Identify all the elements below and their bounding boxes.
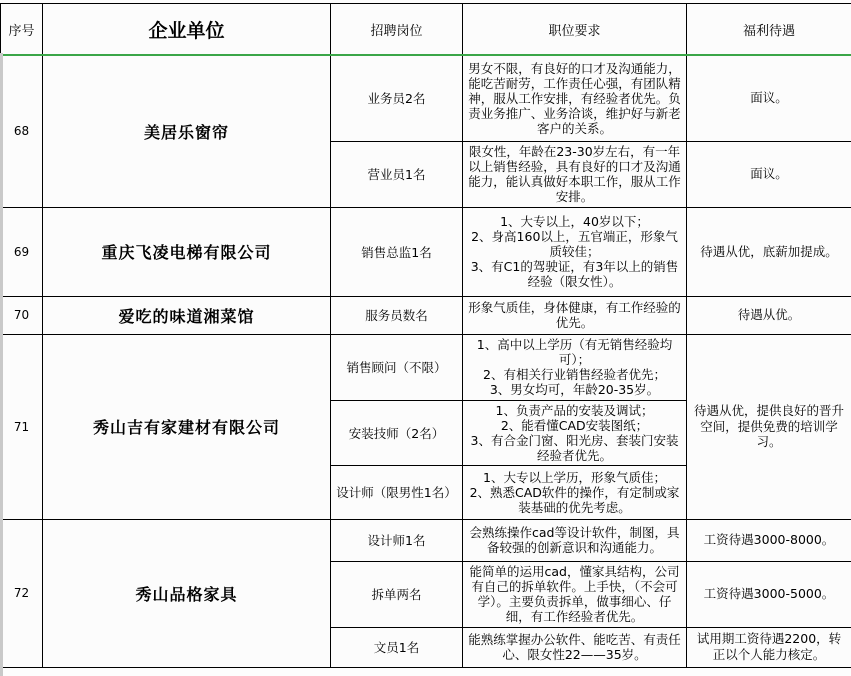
position-cell: 拆单两名 xyxy=(331,561,463,627)
header-row: 序号 企业单位 招聘岗位 职位要求 福利待遇 xyxy=(1,4,851,56)
position-cell: 销售总监1名 xyxy=(331,207,463,296)
requirement-cell: 会熟练操作cad等设计软件，制图，具备较强的创新意识和沟通能力。 xyxy=(463,519,687,561)
requirement-cell: 形象气质佳，身体健康，有工作经验的优先。 xyxy=(463,296,687,334)
company-name-cell: 美居乐窗帘 xyxy=(43,55,331,207)
welfare-cell: 待遇从优，提供良好的晋升空间，提供免费的培训学习。 xyxy=(687,334,851,519)
requirement-cell: 限女性，年龄在23-30岁左右，有一年以上销售经验，具有良好的口才及沟通能力，能… xyxy=(463,141,687,207)
company-name-cell: 重庆飞凌电梯有限公司 xyxy=(43,207,331,296)
company-name-cell: 秀山品格家具 xyxy=(43,519,331,667)
welfare-cell: 工资待遇3000-8000。 xyxy=(687,519,851,561)
header-position: 招聘岗位 xyxy=(331,4,463,56)
welfare-cell: 待遇从优，底薪加提成。 xyxy=(687,207,851,296)
serial-cell: 71 xyxy=(1,334,43,519)
job-table: 序号 企业单位 招聘岗位 职位要求 福利待遇 68 美居乐窗帘 业务员2名 男女… xyxy=(0,3,851,668)
header-company: 企业单位 xyxy=(43,4,331,56)
requirement-cell: 1、大专以上，40岁以下； 2、身高160以上，五官端正，形象气质较佳； 3、有… xyxy=(463,207,687,296)
welfare-cell: 试用期工资待遇2200，转正以个人能力核定。 xyxy=(687,627,851,667)
table-row: 72 秀山品格家具 设计师1名 会熟练操作cad等设计软件，制图，具备较强的创新… xyxy=(1,519,851,561)
serial-cell: 72 xyxy=(1,519,43,667)
header-welfare: 福利待遇 xyxy=(687,4,851,56)
table-row: 69 重庆飞凌电梯有限公司 销售总监1名 1、大专以上，40岁以下； 2、身高1… xyxy=(1,207,851,296)
requirement-cell: 男女不限，有良好的口才及沟通能力，能吃苦耐劳，工作责任心强，有团队精神，服从工作… xyxy=(463,55,687,141)
company-name-cell: 秀山吉有家建材有限公司 xyxy=(43,334,331,519)
table-row: 70 爱吃的味道湘菜馆 服务员数名 形象气质佳，身体健康，有工作经验的优先。 待… xyxy=(1,296,851,334)
welfare-cell: 待遇从优。 xyxy=(687,296,851,334)
job-listing-sheet: 序号 企业单位 招聘岗位 职位要求 福利待遇 68 美居乐窗帘 业务员2名 男女… xyxy=(0,0,851,676)
position-cell: 文员1名 xyxy=(331,627,463,667)
requirement-cell: 能简单的运用cad，懂家具结构，公司有自己的拆单软件。上手快，（不会可学）。主要… xyxy=(463,561,687,627)
requirement-cell: 1、高中以上学历（有无销售经验均可）； 2、有相关行业销售经验者优先； 3、男女… xyxy=(463,334,687,400)
table-header: 序号 企业单位 招聘岗位 职位要求 福利待遇 xyxy=(1,4,851,56)
requirement-cell: 1、大专以上学历，形象气质佳； 2、熟悉CAD软件的操作，有定制或家装基础的优先… xyxy=(463,465,687,519)
position-cell: 销售顾问（不限） xyxy=(331,334,463,400)
serial-cell: 70 xyxy=(1,296,43,334)
position-cell: 业务员2名 xyxy=(331,55,463,141)
table-row: 71 秀山吉有家建材有限公司 销售顾问（不限） 1、高中以上学历（有无销售经验均… xyxy=(1,334,851,400)
sheet-cut-edge xyxy=(0,53,3,676)
position-cell: 设计师（限男性1名） xyxy=(331,465,463,519)
company-name-cell: 爱吃的味道湘菜馆 xyxy=(43,296,331,334)
welfare-cell: 面议。 xyxy=(687,141,851,207)
position-cell: 营业员1名 xyxy=(331,141,463,207)
header-serial: 序号 xyxy=(1,4,43,56)
serial-cell: 69 xyxy=(1,207,43,296)
serial-cell: 68 xyxy=(1,55,43,207)
requirement-cell: 1、负责产品的安装及调试； 2、能看懂CAD安装图纸； 3、有合金门窗、阳光房、… xyxy=(463,400,687,465)
position-cell: 安装技师（2名） xyxy=(331,400,463,465)
header-requirement: 职位要求 xyxy=(463,4,687,56)
welfare-cell: 面议。 xyxy=(687,55,851,141)
position-cell: 设计师1名 xyxy=(331,519,463,561)
welfare-cell: 工资待遇3000-5000。 xyxy=(687,561,851,627)
position-cell: 服务员数名 xyxy=(331,296,463,334)
table-row: 68 美居乐窗帘 业务员2名 男女不限，有良好的口才及沟通能力，能吃苦耐劳，工作… xyxy=(1,55,851,141)
requirement-cell: 能熟练掌握办公软件、能吃苦、有责任心、限女性22——35岁。 xyxy=(463,627,687,667)
